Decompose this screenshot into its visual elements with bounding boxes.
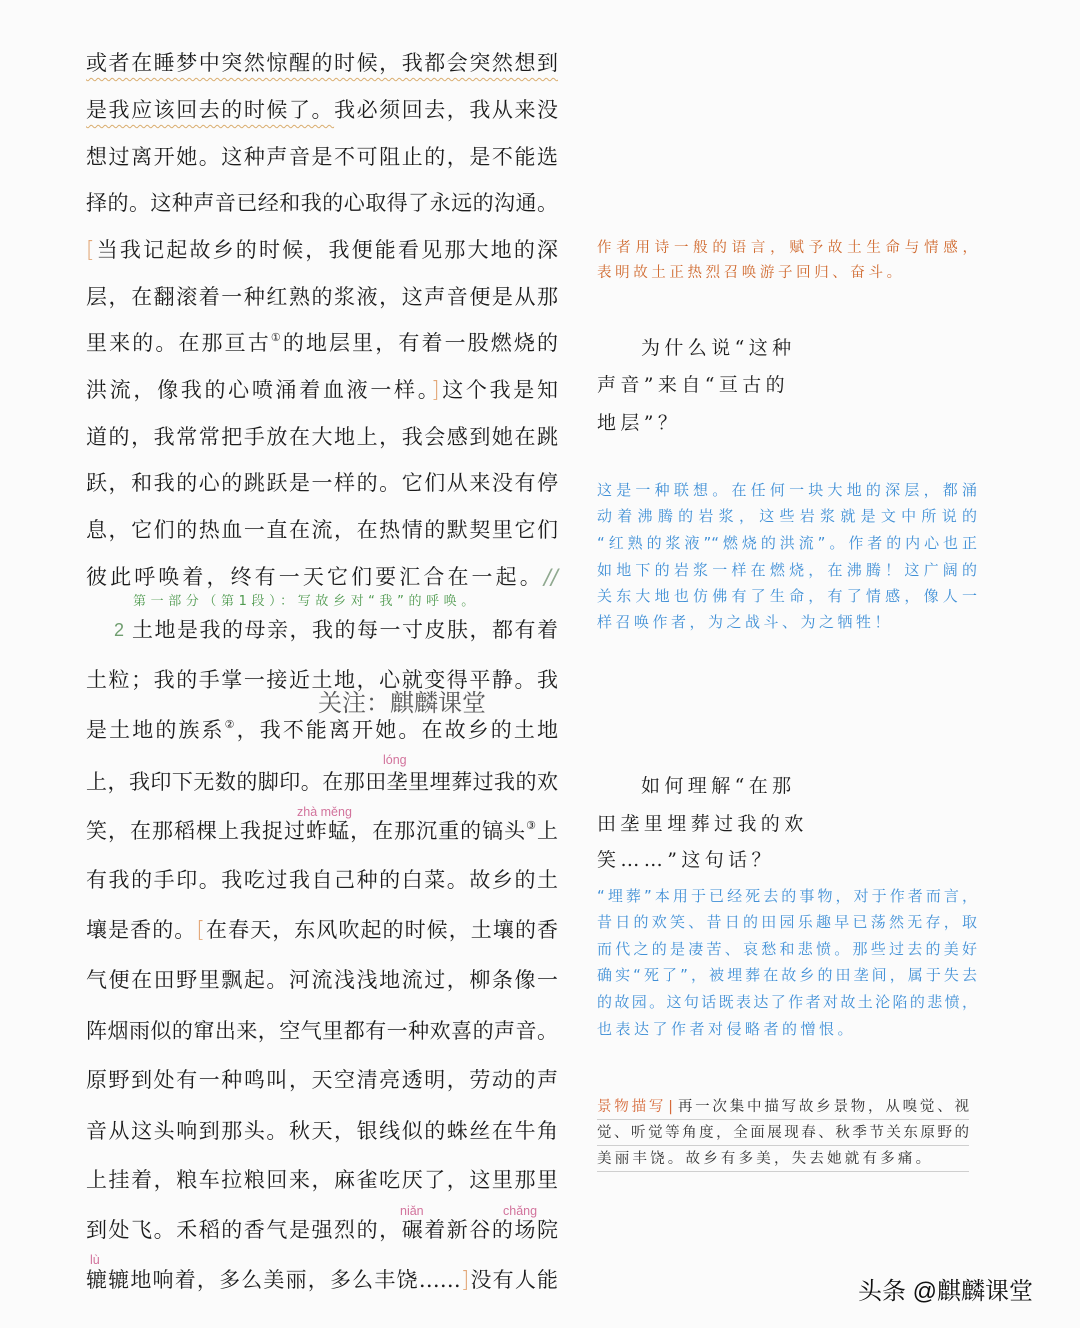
text-line: 想过离开她。这种声音是不可阻止的，是不能选 — [86, 142, 558, 172]
line-text: 我必须回去，我从来没 — [334, 98, 558, 122]
footnote-marker: ① — [271, 331, 283, 344]
answer-line: 的故园。这句话既表达了作者对故土沦陷的悲愤， — [597, 990, 977, 1014]
line-text: 上挂着，粮车拉粮回来，麻雀吃厌了，这里那里 — [86, 1168, 558, 1192]
text-line: 阵烟雨似的窜出来，空气里都有一种欢喜的声音。 — [86, 1016, 558, 1046]
question-line: 地层”？ — [597, 409, 681, 437]
question-line: 田垄里埋葬过我的欢 — [597, 810, 808, 838]
footnote-marker: ③ — [526, 819, 537, 832]
answer-line: 而代之的是凄苦、哀愁和悲愤。那些过去的美好 — [597, 937, 977, 961]
scenery-line: 觉、听觉等角度，全面展现春、秋季节关东原野的 — [597, 1121, 969, 1146]
question-line: 如何理解“在那 — [641, 772, 796, 800]
line-text: 音从这头响到那头。秋天，银线似的蛛丝在牛角 — [86, 1119, 558, 1143]
footnote-marker: ② — [225, 718, 237, 731]
text-line: 上挂着，粮车拉粮回来，麻雀吃厌了，这里那里 — [86, 1165, 558, 1195]
label-separator: | — [666, 1099, 675, 1115]
scenery-line: 景物描写|再一次集中描写故乡景物，从嗅觉、视 — [597, 1095, 969, 1120]
line-text: 辘辘地响着，多么美丽，多么丰饶…… — [86, 1268, 461, 1292]
wavy-underlined-text: 是我应该回去的时候了。 — [86, 98, 334, 122]
pinyin-annotation: lóng — [383, 752, 407, 768]
pinyin-annotation: chǎng — [503, 1203, 537, 1219]
line-text: 洪流，像我的心喷涌着血液一样。 — [86, 378, 431, 402]
answer-line: 也表达了作者对侵略者的憎恨。 — [597, 1017, 856, 1041]
question-line: 为什么说“这种 — [641, 334, 796, 362]
scenery-text: 觉、听觉等角度，全面展现春、秋季节关东原野的 — [597, 1125, 969, 1141]
text-line: 是我应该回去的时候了。我必须回去，我从来没 — [86, 95, 558, 125]
platform-name: 头条 — [858, 1278, 906, 1305]
line-text: 是土地的族系 — [86, 718, 225, 742]
text-line: 层，在翻滚着一种红熟的浆液，这声音便是从那 — [86, 282, 558, 312]
watermark-text: 关注：麒麟课堂 — [318, 688, 486, 718]
line-text: 阵烟雨似的窜出来，空气里都有一种欢喜的声音。 — [86, 1019, 558, 1043]
line-text: 上，我印下无数的脚印。在那田垄里埋葬过我的欢 — [86, 770, 558, 794]
text-line: 是土地的族系②，我不能离开她。在故乡的土地 — [86, 715, 558, 745]
text-line: [当我记起故乡的时候，我便能看见那大地的深 — [86, 235, 558, 265]
text-line: 上，我印下无数的脚印。在那田垄里埋葬过我的欢 — [86, 767, 558, 797]
text-line: 壤是香的。[在春天，东风吹起的时候，土壤的香 — [86, 915, 558, 945]
answer-line: “红熟的浆液”“燃烧的洪流”。作者的内心也正 — [597, 531, 977, 555]
open-bracket-mark: [ — [86, 238, 95, 263]
answer-line: 昔日的欢笑、昔日的田园乐趣早已荡然无存，取 — [597, 910, 977, 934]
note-line: 表明故土正热烈召唤游子回归、奋斗。 — [597, 261, 905, 285]
text-line: 彼此呼唤着，终有一天它们要汇合在一起。// — [86, 562, 558, 592]
answer-line: “埋葬”本用于已经死去的事物，对于作者而言， — [597, 884, 977, 908]
line-text: 气便在田野里飘起。河流浅浅地流过，柳条像一 — [86, 968, 558, 992]
line-text: 跃，和我的心的跳跃是一样的。它们从来没有停 — [86, 471, 558, 495]
line-text: 这个我是知 — [440, 378, 558, 402]
text-line: 辘辘地响着，多么美丽，多么丰饶……]没有人能 — [86, 1265, 558, 1295]
text-line: 笑，在那稻棵上我捉过蚱蜢，在那沉重的镐头③上 — [86, 816, 558, 846]
text-line: 道的，我常常把手放在大地上，我会感到她在跳 — [86, 422, 558, 452]
pinyin-annotation: niǎn — [400, 1203, 424, 1219]
answer-line: 动着沸腾的岩浆，这些岩浆就是文中所说的 — [597, 504, 977, 528]
close-bracket-mark: ] — [461, 1268, 470, 1293]
answer-line: 如地下的岩浆一样在燃烧，在沸腾！这广阔的 — [597, 558, 977, 582]
line-text: 里来的。在那亘古 — [86, 331, 271, 355]
answer-line: 确实“死了”，被埋葬在故乡的田垄间，属于失去 — [597, 963, 977, 987]
text-line: 土地是我的母亲，我的每一寸皮肤，都有着 — [132, 615, 558, 645]
line-text: 道的，我常常把手放在大地上，我会感到她在跳 — [86, 425, 558, 449]
text-line: 跃，和我的心的跳跃是一样的。它们从来没有停 — [86, 468, 558, 498]
line-text: 当我记起故乡的时候，我便能看见那大地的深 — [95, 238, 558, 262]
line-text: 择的。这种声音已经和我的心取得了永远的沟通。 — [86, 191, 558, 215]
line-text: 没有人能 — [469, 1268, 558, 1292]
line-text: 壤是香的。 — [86, 918, 196, 942]
text-line: 择的。这种声音已经和我的心取得了永远的沟通。 — [86, 188, 558, 218]
text-line: 洪流，像我的心喷涌着血液一样。]这个我是知 — [86, 375, 558, 405]
text-line: 音从这头响到那头。秋天，银线似的蛛丝在牛角 — [86, 1116, 558, 1146]
scenery-label: 景物描写 — [597, 1099, 666, 1115]
text-line: 气便在田野里飘起。河流浅浅地流过，柳条像一 — [86, 965, 558, 995]
line-text: 息，它们的热血一直在流，在热情的默契里它们 — [86, 518, 558, 542]
line-text: 到处飞。禾稻的香气是强烈的，碾着新谷的场院 — [86, 1218, 558, 1242]
answer-line: 这是一种联想。在任何一块大地的深层，都涌 — [597, 478, 977, 502]
line-text: 原野到处有一种鸣叫，天空清亮透明，劳动的声 — [86, 1068, 558, 1092]
text-line: 里来的。在那亘古①的地层里，有着一股燃烧的 — [86, 328, 558, 358]
text-line: 有我的手印。我吃过我自己种的白菜。故乡的土 — [86, 865, 558, 895]
close-bracket-mark: ] — [431, 378, 440, 403]
wavy-underlined-text: 或者在睡梦中突然惊醒的时候，我都会突然想到 — [86, 51, 558, 75]
line-text: 层，在翻滚着一种红熟的浆液，这声音便是从那 — [86, 285, 558, 309]
platform-watermark: 头条 @麒麟课堂 — [858, 1277, 1033, 1307]
line-text: ，我不能离开她。在故乡的土地 — [237, 718, 558, 742]
line-text: 有我的手印。我吃过我自己种的白菜。故乡的土 — [86, 868, 558, 892]
text-line: 原野到处有一种鸣叫，天空清亮透明，劳动的声 — [86, 1065, 558, 1095]
pinyin-annotation: lù — [90, 1252, 100, 1268]
answer-line: 样召唤作者，为之战斗、为之牺牲！ — [597, 610, 893, 634]
line-text: 的地层里，有着一股燃烧的 — [283, 331, 558, 355]
textbook-page: 或者在睡梦中突然惊醒的时候，我都会突然想到 是我应该回去的时候了。我必须回去，我… — [0, 0, 1080, 1328]
section-divider-mark: // — [544, 565, 558, 589]
scenery-text: 再一次集中描写故乡景物，从嗅觉、视 — [675, 1099, 969, 1115]
question-line: 声音”来自“亘古的 — [597, 371, 789, 399]
line-text: 彼此呼唤着，终有一天它们要汇合在一起。 — [86, 565, 544, 589]
line-text: 在春天，东风吹起的时候，土壤的香 — [205, 918, 558, 942]
pinyin-annotation: zhà měng — [297, 804, 352, 820]
line-text: 想过离开她。这种声音是不可阻止的，是不能选 — [86, 145, 558, 169]
paragraph-number: 2 — [114, 615, 124, 645]
scenery-line: 美丽丰饶。故乡有多美，失去她就有多痛。 — [597, 1147, 969, 1172]
text-line: 或者在睡梦中突然惊醒的时候，我都会突然想到 — [86, 48, 558, 78]
text-line: 到处飞。禾稻的香气是强烈的，碾着新谷的场院 — [86, 1215, 558, 1245]
account-handle: @麒麟课堂 — [913, 1278, 1033, 1305]
line-text: 上 — [537, 819, 558, 843]
question-line: 笑……”这句话？ — [597, 846, 775, 874]
section-summary-note: 第一部分（第1段）：写故乡对“我”的呼唤。 — [133, 593, 479, 611]
text-line: 息，它们的热血一直在流，在热情的默契里它们 — [86, 515, 558, 545]
scenery-text: 美丽丰饶。故乡有多美，失去她就有多痛。 — [597, 1151, 933, 1167]
answer-line: 关东大地也仿佛有了生命，有了情感，像人一 — [597, 584, 977, 608]
open-bracket-mark: [ — [196, 918, 205, 943]
note-line: 作者用诗一般的语言，赋予故土生命与情感， — [597, 236, 977, 260]
line-text: 笑，在那稻棵上我捉过蚱蜢，在那沉重的镐头 — [86, 819, 526, 843]
line-text: 土地是我的母亲，我的每一寸皮肤，都有着 — [132, 618, 558, 642]
